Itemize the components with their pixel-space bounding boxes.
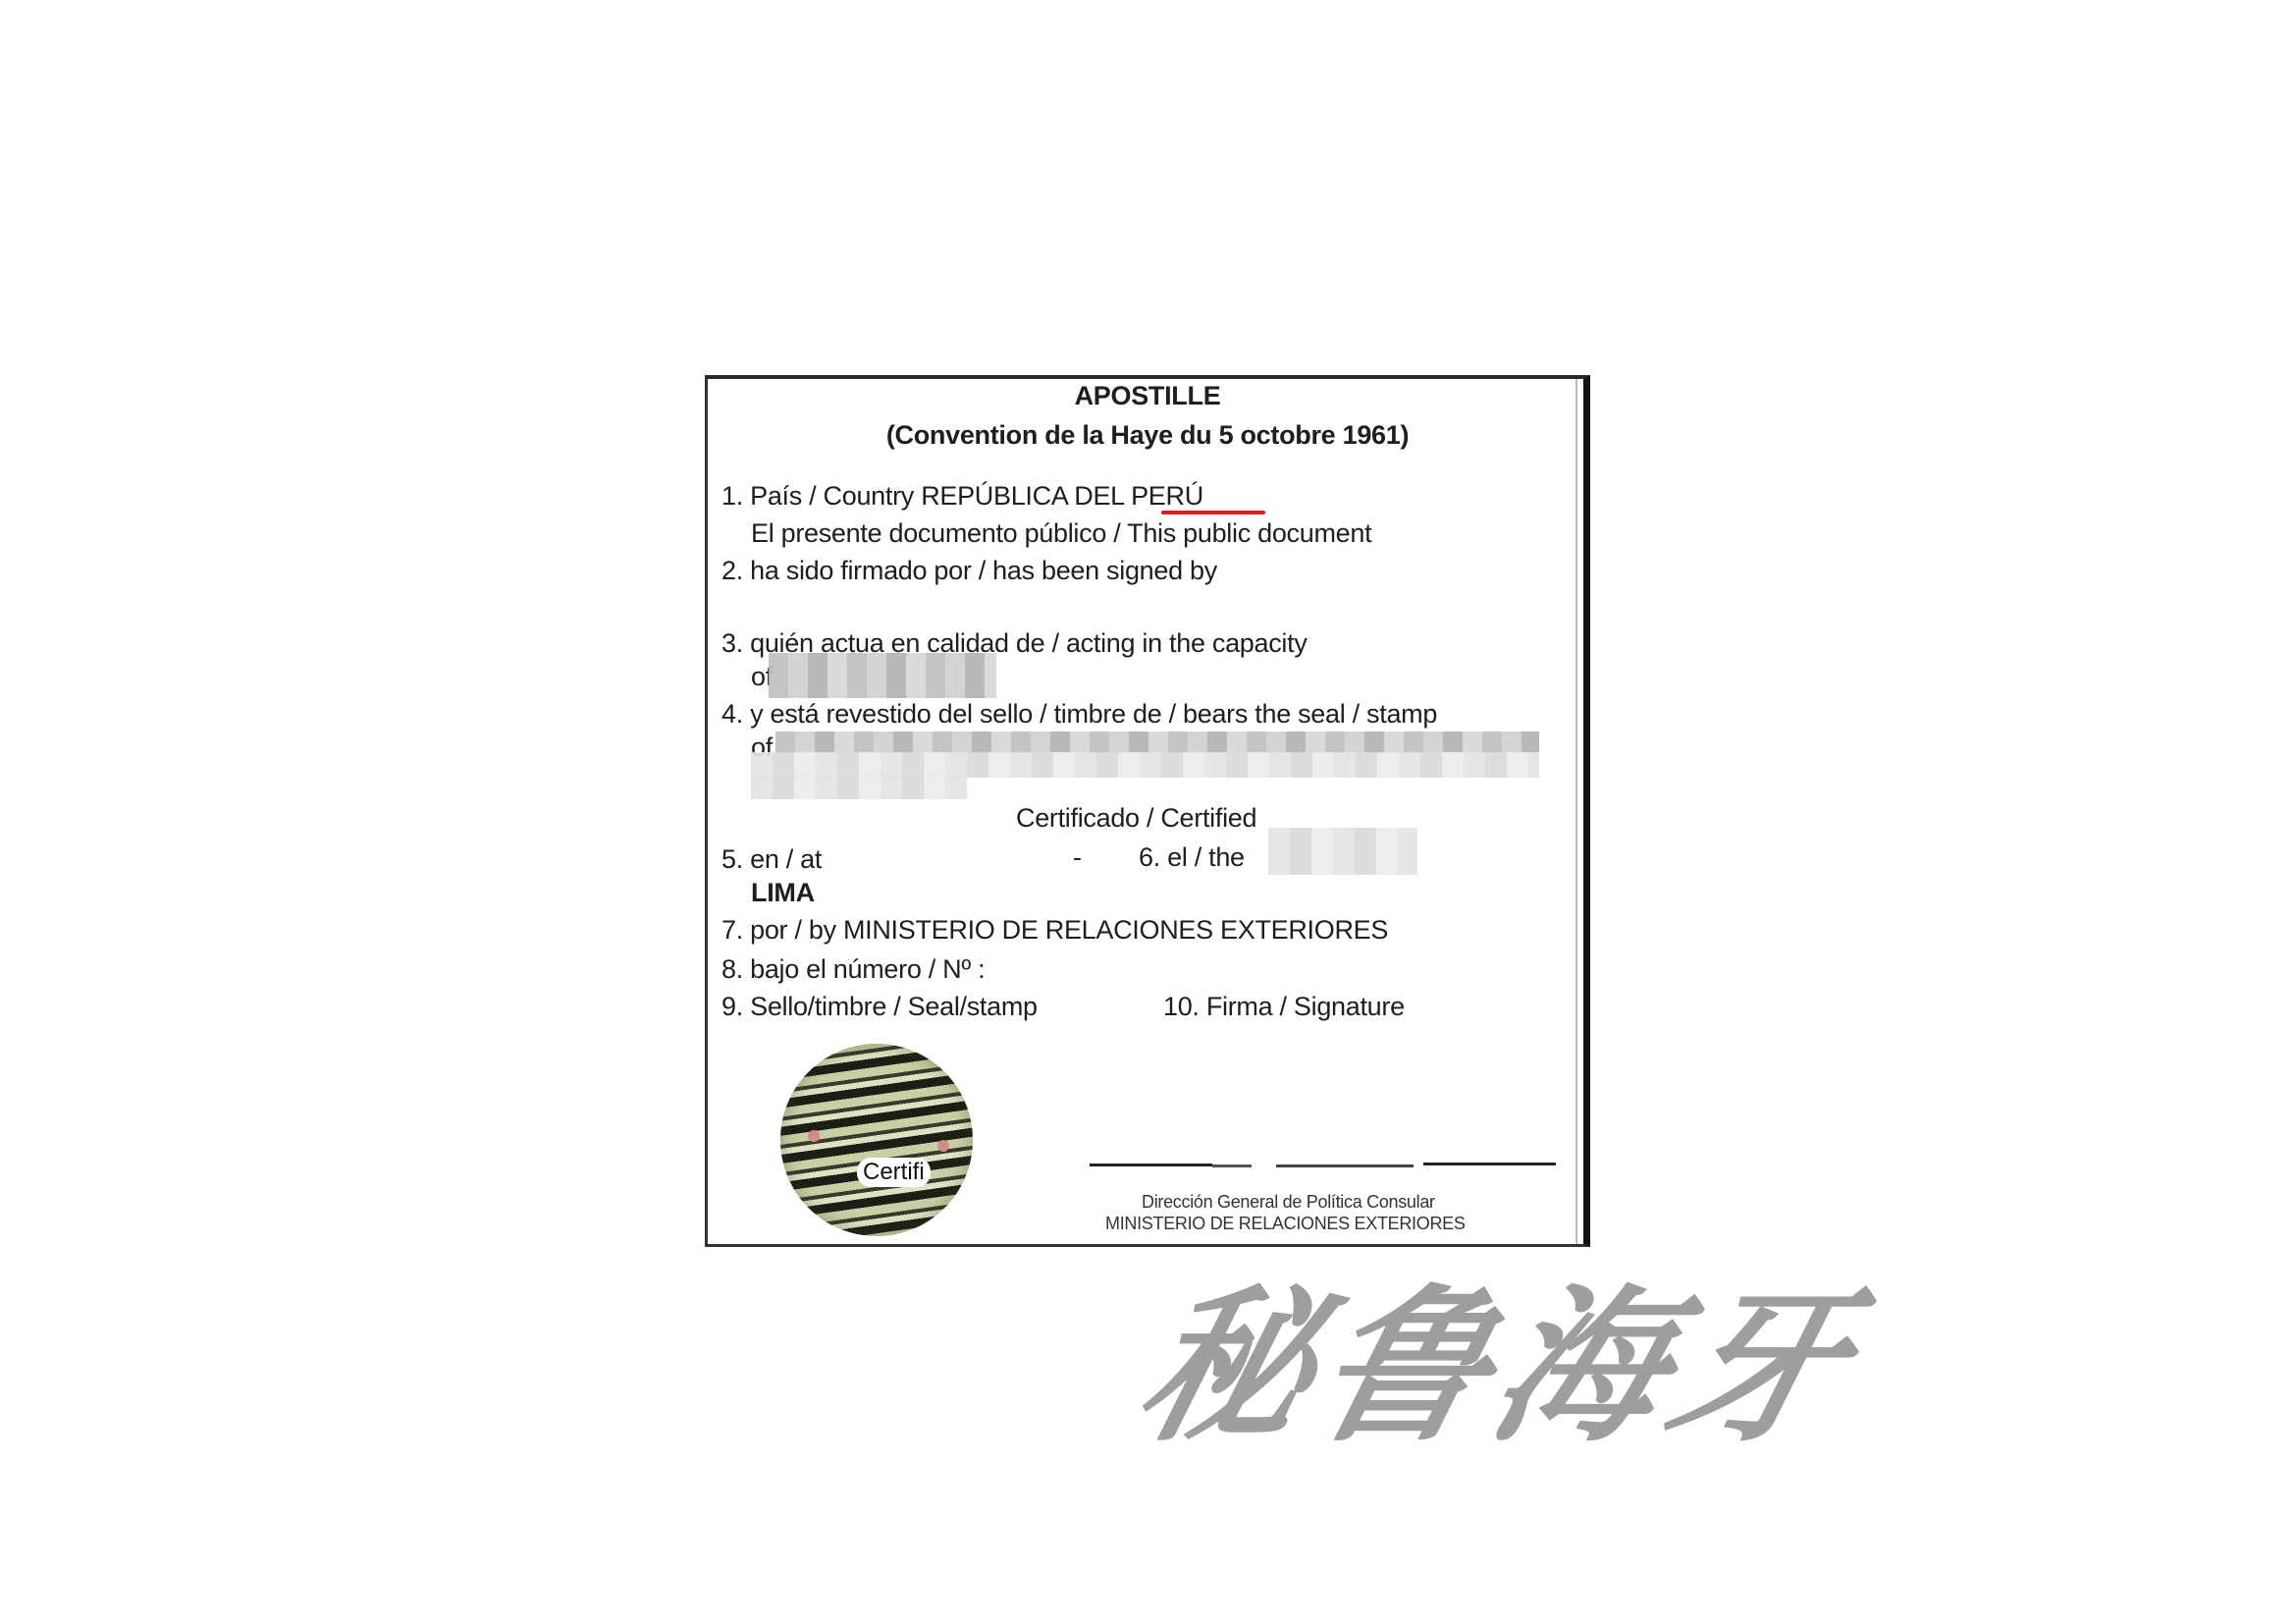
certified-heading: Certificado / Certified (1016, 803, 1256, 834)
redacted-seal-authority (775, 731, 1539, 753)
field-country: 1. País / Country REPÚBLICA DEL PERÚ (721, 481, 1203, 512)
field-by: 7. por / by MINISTERIO DE RELACIONES EXT… (721, 915, 1388, 946)
seal-dot (937, 1140, 949, 1152)
field-seal-label: 9. Sello/timbre / Seal/stamp (721, 992, 1038, 1022)
redacted-seal-authority-2 (751, 752, 1539, 778)
field-number: 8. bajo el número / Nº : (721, 954, 985, 985)
field-the: 6. el / the (1139, 842, 1245, 873)
field-at: 5. en / at (721, 844, 822, 875)
field-signature-label: 10. Firma / Signature (1163, 992, 1405, 1022)
redacted-capacity (769, 653, 996, 698)
document-title: APOSTILLE (705, 381, 1590, 411)
dash-separator: - (1073, 842, 1082, 873)
signature-line-segment (1276, 1164, 1414, 1167)
redacted-date (1268, 828, 1417, 875)
field-public-document: El presente documento público / This pub… (751, 518, 1371, 549)
signature-line-segment (1212, 1164, 1252, 1167)
seal-dot (808, 1130, 820, 1142)
signature-line-segment (1423, 1163, 1556, 1165)
seal-text: Certifi (857, 1158, 931, 1187)
watermark-text: 秘鲁海牙 (1118, 1232, 1885, 1473)
redacted-seal-authority-3 (751, 776, 967, 799)
field-city: LIMA (751, 878, 815, 908)
document-subtitle: (Convention de la Haye du 5 octobre 1961… (705, 420, 1590, 451)
red-underline-annotation (1161, 511, 1265, 514)
official-seal-image: Certifi (780, 1044, 973, 1236)
signature-line-segment (1090, 1164, 1212, 1166)
signature-ministry: MINISTERIO DE RELACIONES EXTERIORES (1105, 1214, 1466, 1234)
signature-dept: Dirección General de Política Consular (1142, 1192, 1435, 1213)
field-seal-stamp: 4. y está revestido del sello / timbre d… (721, 699, 1437, 730)
field-signed-by: 2. ha sido firmado por / has been signed… (721, 556, 1217, 586)
